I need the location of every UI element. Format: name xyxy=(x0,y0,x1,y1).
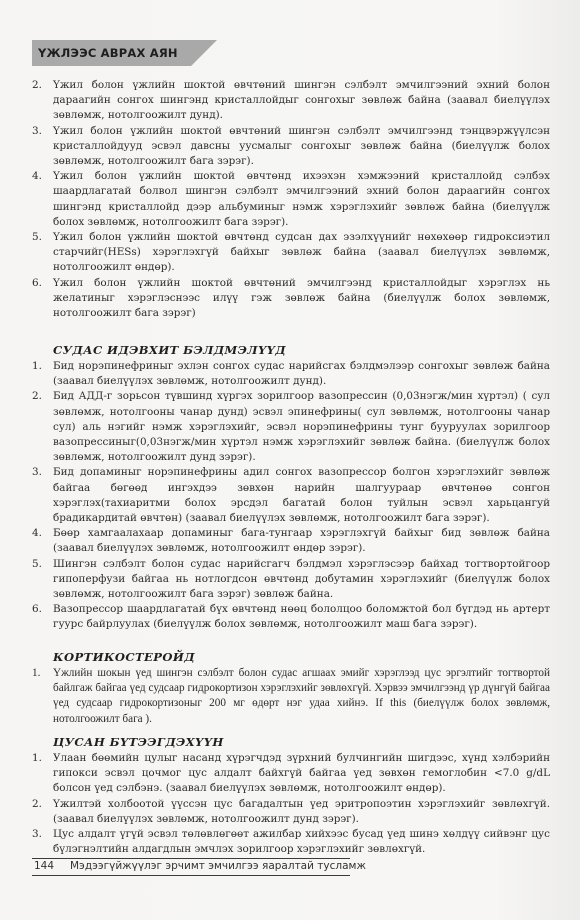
item-text: Үжил болон үжлийн шоктой өвчтөний шингэн… xyxy=(53,79,550,121)
item-text: Үжил болон үжлийн шоктой өвчтөний шингэн… xyxy=(53,125,550,167)
list-item: 2.Үжил болон үжлийн шоктой өвчтөний шинг… xyxy=(32,78,550,124)
list-item: 3.Бид допаминыг норэпинефрины адил сонго… xyxy=(32,465,550,526)
blood-products-recommendations-list: 1.Улаан бөөмийн цулыг насанд хүрэгчдэд з… xyxy=(32,751,550,857)
item-text: Бид норэпинефриныг эхлэн сонгох судас на… xyxy=(53,360,550,387)
list-item: 3.Үжил болон үжлийн шоктой өвчтөний шинг… xyxy=(32,124,550,170)
item-number: 1. xyxy=(32,359,46,374)
book-title: Мэдээгүйжүүлэг эрчимт эмчилгээ яаралтай … xyxy=(70,860,366,872)
item-text: Шингэн сэлбэлт болон судас нарийсгагч бэ… xyxy=(53,558,550,600)
corticosteroid-recommendations-list: 1.Үжлийн шокын үед шингэн сэлбэлт болон … xyxy=(32,666,550,727)
item-number: 2. xyxy=(32,389,46,404)
section-title-corticosteroid: КОРТИКОСТЕРОЙД xyxy=(53,650,550,664)
item-number: 4. xyxy=(32,169,46,184)
vasoactive-section: СУДАС ИДЭВХИТ БЭЛДМЭЛҮҮД 1.Бид норэпинеф… xyxy=(32,343,550,633)
book-page: ҮЖЛЭЭС АВРАХ АЯН 2.Үжил болон үжлийн шок… xyxy=(0,0,580,920)
item-number: 5. xyxy=(32,557,46,572)
fluid-therapy-section: 2.Үжил болон үжлийн шоктой өвчтөний шинг… xyxy=(32,78,550,321)
item-number: 1. xyxy=(32,751,46,766)
page-number: 144 xyxy=(34,860,54,872)
item-text: Цус алдалт үгүй эсвэл төлөвлөгөөт ажилба… xyxy=(53,828,550,855)
item-text: Бид допаминыг норэпинефрины адил сонгох … xyxy=(53,466,550,524)
list-item: 3.Цус алдалт үгүй эсвэл төлөвлөгөөт ажил… xyxy=(32,827,550,857)
section-title-vasoactive: СУДАС ИДЭВХИТ БЭЛДМЭЛҮҮД xyxy=(53,343,550,357)
item-text: Үжил болон үжлийн шоктой өвчтөнд судсан … xyxy=(53,231,550,273)
item-text: Үжилтэй холбоотой үүссэн цус багадалтын … xyxy=(53,798,550,825)
item-number: 6. xyxy=(32,276,46,291)
item-text: Вазопрессор шаардлагатай бүх өвчтөнд нөө… xyxy=(53,603,550,630)
item-number: 6. xyxy=(32,602,46,617)
item-number: 3. xyxy=(32,827,46,842)
item-text: Бид АДД-г зорьсон түвшинд хүргэх зорилго… xyxy=(53,390,550,463)
item-number: 2. xyxy=(32,797,46,812)
corticosteroid-section: КОРТИКОСТЕРОЙД 1.Үжлийн шокын үед шингэн… xyxy=(32,650,550,727)
running-head-banner: ҮЖЛЭЭС АВРАХ АЯН xyxy=(32,40,217,66)
list-item: 5.Шингэн сэлбэлт болон судас нарийсгагч … xyxy=(32,557,550,603)
item-number: 3. xyxy=(32,465,46,480)
section-title-blood-products: ЦУСАН БҮТЭЭГДЭХҮҮН xyxy=(53,735,550,749)
list-item: 1.Улаан бөөмийн цулыг насанд хүрэгчдэд з… xyxy=(32,751,550,797)
item-text: Үжлийн шокын үед шингэн сэлбэлт болон су… xyxy=(53,667,550,725)
list-item: 4.Үжил болон үжлийн шоктой өвчтөнд ихээх… xyxy=(32,169,550,230)
running-head-text: ҮЖЛЭЭС АВРАХ АЯН xyxy=(38,46,178,60)
blood-products-section: ЦУСАН БҮТЭЭГДЭХҮҮН 1.Улаан бөөмийн цулыг… xyxy=(32,735,550,857)
item-number: 3. xyxy=(32,124,46,139)
list-item: 1.Үжлийн шокын үед шингэн сэлбэлт болон … xyxy=(32,666,550,727)
fluid-recommendations-list: 2.Үжил болон үжлийн шоктой өвчтөний шинг… xyxy=(32,78,550,321)
item-text: Үжил болон үжлийн шоктой өвчтөний эмчилг… xyxy=(53,277,550,319)
page-footer: 144 Мэдээгүйжүүлэг эрчимт эмчилгээ яарал… xyxy=(32,858,350,876)
item-number: 5. xyxy=(32,230,46,245)
list-item: 6.Үжил болон үжлийн шоктой өвчтөний эмчи… xyxy=(32,276,550,322)
list-item: 2.Үжилтэй холбоотой үүссэн цус багадалты… xyxy=(32,797,550,827)
item-text: Улаан бөөмийн цулыг насанд хүрэгчдэд зүр… xyxy=(53,752,550,794)
item-number: 4. xyxy=(32,526,46,541)
vasoactive-recommendations-list: 1.Бид норэпинефриныг эхлэн сонгох судас … xyxy=(32,359,550,633)
list-item: 5.Үжил болон үжлийн шоктой өвчтөнд судса… xyxy=(32,230,550,276)
item-number: 2. xyxy=(32,78,46,93)
list-item: 4.Бөөр хамгаалахаар допаминыг бага-тунга… xyxy=(32,526,550,556)
item-text: Бөөр хамгаалахаар допаминыг бага-тунгаар… xyxy=(53,527,550,554)
item-number: 1. xyxy=(32,666,46,681)
item-text: Үжил болон үжлийн шоктой өвчтөнд ихээхэн… xyxy=(53,170,550,228)
list-item: 6.Вазопрессор шаардлагатай бүх өвчтөнд н… xyxy=(32,602,550,632)
list-item: 1.Бид норэпинефриныг эхлэн сонгох судас … xyxy=(32,359,550,389)
list-item: 2.Бид АДД-г зорьсон түвшинд хүргэх зорил… xyxy=(32,389,550,465)
